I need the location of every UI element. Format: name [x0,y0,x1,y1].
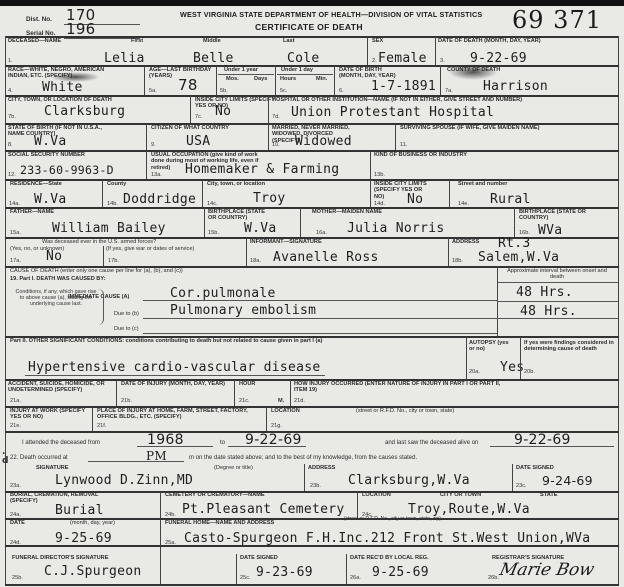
date-received-label: DATE REC'D BY LOCAL REG. [350,555,429,561]
interval-label: Approximate interval between onset and d… [502,268,612,281]
item-number: 23a. [10,483,21,489]
item-number: 26a. [350,575,361,581]
due-to-b-label: Due to (b) [114,311,139,317]
dob-label: DATE OF BIRTH (month, day, year) [339,67,399,80]
city-or-town-label: CITY OR TOWN [440,492,481,498]
physician-date-signed: 9-24-69 [542,474,593,488]
informant-label: INFORMANT—SIGNATURE [250,239,322,245]
item-number: 17b. [108,258,119,264]
cemetery-name: Pt.Pleasant Cemetery [182,503,345,517]
mother-name: Julia Norris [347,222,445,236]
how-injury-label: HOW INJURY OCCURRED (enter nature of inj… [294,381,514,394]
dist-no-label: Dist. No. [26,17,52,23]
inside-limits-label: INSIDE CITY LIMITS (Specify yes or no) [195,97,275,110]
last-label: Last [283,38,295,44]
residence-inside-label: INSIDE CITY LIMITS (specify yes or no) [374,181,434,200]
middle-name: Belle [193,52,234,66]
age-value: 78 [178,78,198,92]
race-value: White [42,81,83,95]
physician-address: Clarksburg,W.Va [348,474,470,488]
item-number: 20a. [469,369,480,375]
item-number: 15a. [10,230,21,236]
burial-date-label: DATE [10,520,25,526]
burial-date-hint: (month, day, year) [70,520,115,526]
ssn-label: SOCIAL SECURITY NUMBER [8,152,85,158]
sex-label: SEX [372,38,383,44]
registrar-signature: Marie Bow [498,560,596,580]
item-number: 3. [440,58,445,64]
item-number: 7a. [445,88,453,94]
hospital-label: HOSPITAL OR OTHER INSTITUTION—NAME (if n… [272,97,522,103]
ssn-value: 233-60-9963-D [20,163,114,177]
residence-city-label: City, town, or location [207,181,265,187]
residence-street-label: Street and number [458,181,507,187]
injury-location-label: LOCATION [271,408,300,414]
item-number: 13b. [374,172,385,178]
father-name-label: FATHER—NAME [10,209,54,215]
death-time: PM [146,449,167,463]
item-number: 8. [8,142,13,148]
armed-forces-value: No [46,250,62,264]
date-received: 9-25-69 [372,566,429,580]
days-label: Days [254,76,267,82]
certificate-number: 69 371 [512,6,602,34]
item-number: 4. [8,88,13,94]
inside-limits-value: No [215,105,231,119]
hours-label: Hours [280,76,296,82]
physician-address-label: ADDRESS [308,465,335,471]
attended-to: 9-22-69 [245,433,302,447]
county-of-death: Harrison [483,80,548,94]
funeral-home-label: FUNERAL HOME—NAME AND ADDRESS [165,520,274,526]
due-to-b-interval: 48 Hrs. [520,305,577,319]
residence-street: Rural [490,193,531,207]
father-birthplace-label: BIRTHPLACE (state or country) [208,209,268,222]
item-number: 5b. [220,88,228,94]
item-number: 16a. [316,230,327,236]
item-number: 21d. [294,398,305,404]
hospital-name: Union Protestant Hospital [291,106,494,120]
residence-state: W.Va [34,193,67,207]
item-number: 7b. [8,114,16,120]
item-number: 17a. [10,258,21,264]
death-certificate: Dist. No. 170 Serial No. 196 WEST VIRGIN… [0,0,624,587]
item-number: 25c. [240,575,251,581]
burial-date: 9-25-69 [55,532,112,546]
place-of-injury-label: PLACE OF INJURY AT HOME, FARM, STREET, F… [97,408,267,421]
item-number: 21g. [271,423,282,429]
item-number: 20b. [524,369,535,375]
informant-signature: Avanelle Ross [273,251,379,265]
mother-birthplace-label: BIRTHPLACE (state or country) [519,209,599,222]
immediate-cause: Cor.pulmonale [170,287,276,301]
item-number: 5c. [280,88,287,94]
part2-conditions: Hypertensive cardio-vascular disease [28,361,321,375]
mother-name-label: MOTHER—MAIDEN NAME [312,209,382,215]
physician-date-signed-label: DATE SIGNED [516,465,554,471]
accident-label: ACCIDENT, SUICIDE, HOMICIDE, OR UNDETERM… [8,381,112,394]
findings-label: If yes were findings considered in deter… [524,340,618,353]
dob-value: 1-7-1891 [371,80,436,94]
residence-inside: No [407,193,423,207]
burial-method: Burial [55,504,104,518]
item-number: 15b. [208,230,219,236]
cause-part1-label: 19. Part I. DEATH WAS CAUSED BY: [10,276,106,282]
injury-hour-label: HOUR [239,381,255,387]
city-of-death-label: CITY, TOWN, OR LOCATION OF DEATH [8,97,112,103]
citizen-value: USA [186,135,210,149]
informant-address-line1: Rt.3 [498,237,531,251]
death-occurred-suffix: m on the date stated above; and to the b… [189,455,417,461]
item-number: 23c. [516,483,527,489]
serial-no-value: 196 [66,22,96,36]
item-number: 1. [8,58,13,64]
item-number: 21a. [10,398,21,404]
item-number: 18a. [250,258,261,264]
injury-date-label: DATE OF INJURY (month, day, year) [121,381,225,387]
attended-from: 1968 [147,433,184,447]
item-number: 12. [8,172,16,178]
service-dates-label: (If yes, give war or dates of service) [106,246,194,252]
item-number: 7c. [195,114,202,120]
date-of-death-label: DATE OF DEATH (month, day, year) [438,38,541,44]
item-number: 10. [272,142,280,148]
death-occurred-label: 22. Death occurred at [10,455,68,461]
last-seen-date: 9-22-69 [514,433,571,447]
business-label: KIND OF BUSINESS OR INDUSTRY [374,152,467,158]
father-birthplace: W.Va [244,222,277,236]
funeral-home: Casto-Spurgeon F.H.Inc.212 Front St.West… [184,532,590,546]
attended-label: I attended the deceased from [22,440,100,446]
first-name: Lelia [104,52,145,66]
cemetery-label: CEMETERY OR CREMATORY—NAME [165,492,265,498]
due-to-c-label: Due to (c) [114,326,139,332]
informant-address-line2: Salem,W.Va [478,251,559,265]
item-number: 9. [151,142,156,148]
item-number: 6. [339,88,344,94]
item-number: 7d. [272,114,280,120]
item-number: 25b. [12,575,23,581]
cause-header: CAUSE OF DEATH (enter only one cause per… [10,268,183,274]
mos-label: Mos. [226,76,239,82]
city-of-death: Clarksburg [44,105,125,119]
due-to-b-cause: Pulmonary embolism [170,304,316,318]
item-number: 23b. [310,483,321,489]
under-day-label: Under 1 day [281,67,313,73]
father-name: William Bailey [52,222,166,236]
immediate-cause-interval: 48 Hrs. [516,286,573,300]
agency-title: WEST VIRGINIA STATE DEPARTMENT OF HEALTH… [180,10,482,19]
sex-value: Female [378,52,427,66]
physician-signature-label: SIGNATURE [36,465,69,471]
item-number: 5a. [149,88,157,94]
item-number: 11. [400,142,407,148]
to-label: to [220,440,225,446]
residence-city: Troy [253,192,286,206]
last-seen-label: and last saw the deceased alive on [385,440,478,446]
item-number: 13a. [151,172,162,178]
residence-county: Doddridge [123,193,196,207]
residence-state-label: RESIDENCE—State [10,181,62,187]
informant-address-label: ADDRESS [452,239,479,245]
middle-label: Middle [203,38,221,44]
marital-status: Widowed [295,135,352,149]
autopsy-label: AUTOPSY (yes or no) [469,340,509,353]
hour-suffix: M. [278,398,284,404]
occupation-value: Homemaker & Farming [185,163,339,177]
surviving-spouse-label: SURVIVING SPOUSE (if wife, give maiden n… [400,125,539,131]
item-number: 18b. [452,258,463,264]
part2-label: Part II. OTHER SIGNIFICANT CONDITIONS: c… [10,338,322,344]
burial-location: Troy,Route,W.Va [408,503,530,517]
funeral-director-signature: C.J.Spurgeon [44,565,142,579]
injury-at-work-label: INJURY AT WORK (specify yes or no) [10,408,88,421]
item-number: 21e. [10,423,21,429]
brace-decoration [98,289,104,325]
physician-signature: Lynwood D.Zinn,MD [55,474,193,488]
citizen-label: CITIZEN OF WHAT COUNTRY [151,125,229,131]
degree-label: (Degree or title) [214,465,253,471]
state-label: STATE [540,492,558,498]
last-name: Cole [287,52,320,66]
conditions-note: Conditions, if any, which gave rise to a… [15,289,97,308]
first-label: First [131,38,143,44]
item-number: 2. [372,58,377,64]
mother-birthplace: WVa [538,224,562,238]
director-date-signed-label: DATE SIGNED [240,555,278,561]
burial-location-label: LOCATION [362,492,391,498]
armed-forces-question: Was deceased ever in the U.S. armed forc… [42,239,156,245]
funeral-director-label: FUNERAL DIRECTOR'S SIGNATURE [12,555,108,561]
document-title: CERTIFICATE OF DEATH [255,22,363,32]
item-number: 21f. [97,423,106,429]
deceased-name-label: DECEASED—NAME [8,38,61,44]
min-label: Min. [316,76,327,82]
director-date-signed: 9-23-69 [256,566,313,580]
injury-location-hint: (street or R.F.D. No., city or town, sta… [356,408,454,414]
residence-county-label: County [107,181,126,187]
under-year-label: Under 1 year [224,67,258,73]
state-of-birth: W.Va [34,135,67,149]
item-number: 21b. [121,398,132,404]
item-number: 21c. [239,398,250,404]
